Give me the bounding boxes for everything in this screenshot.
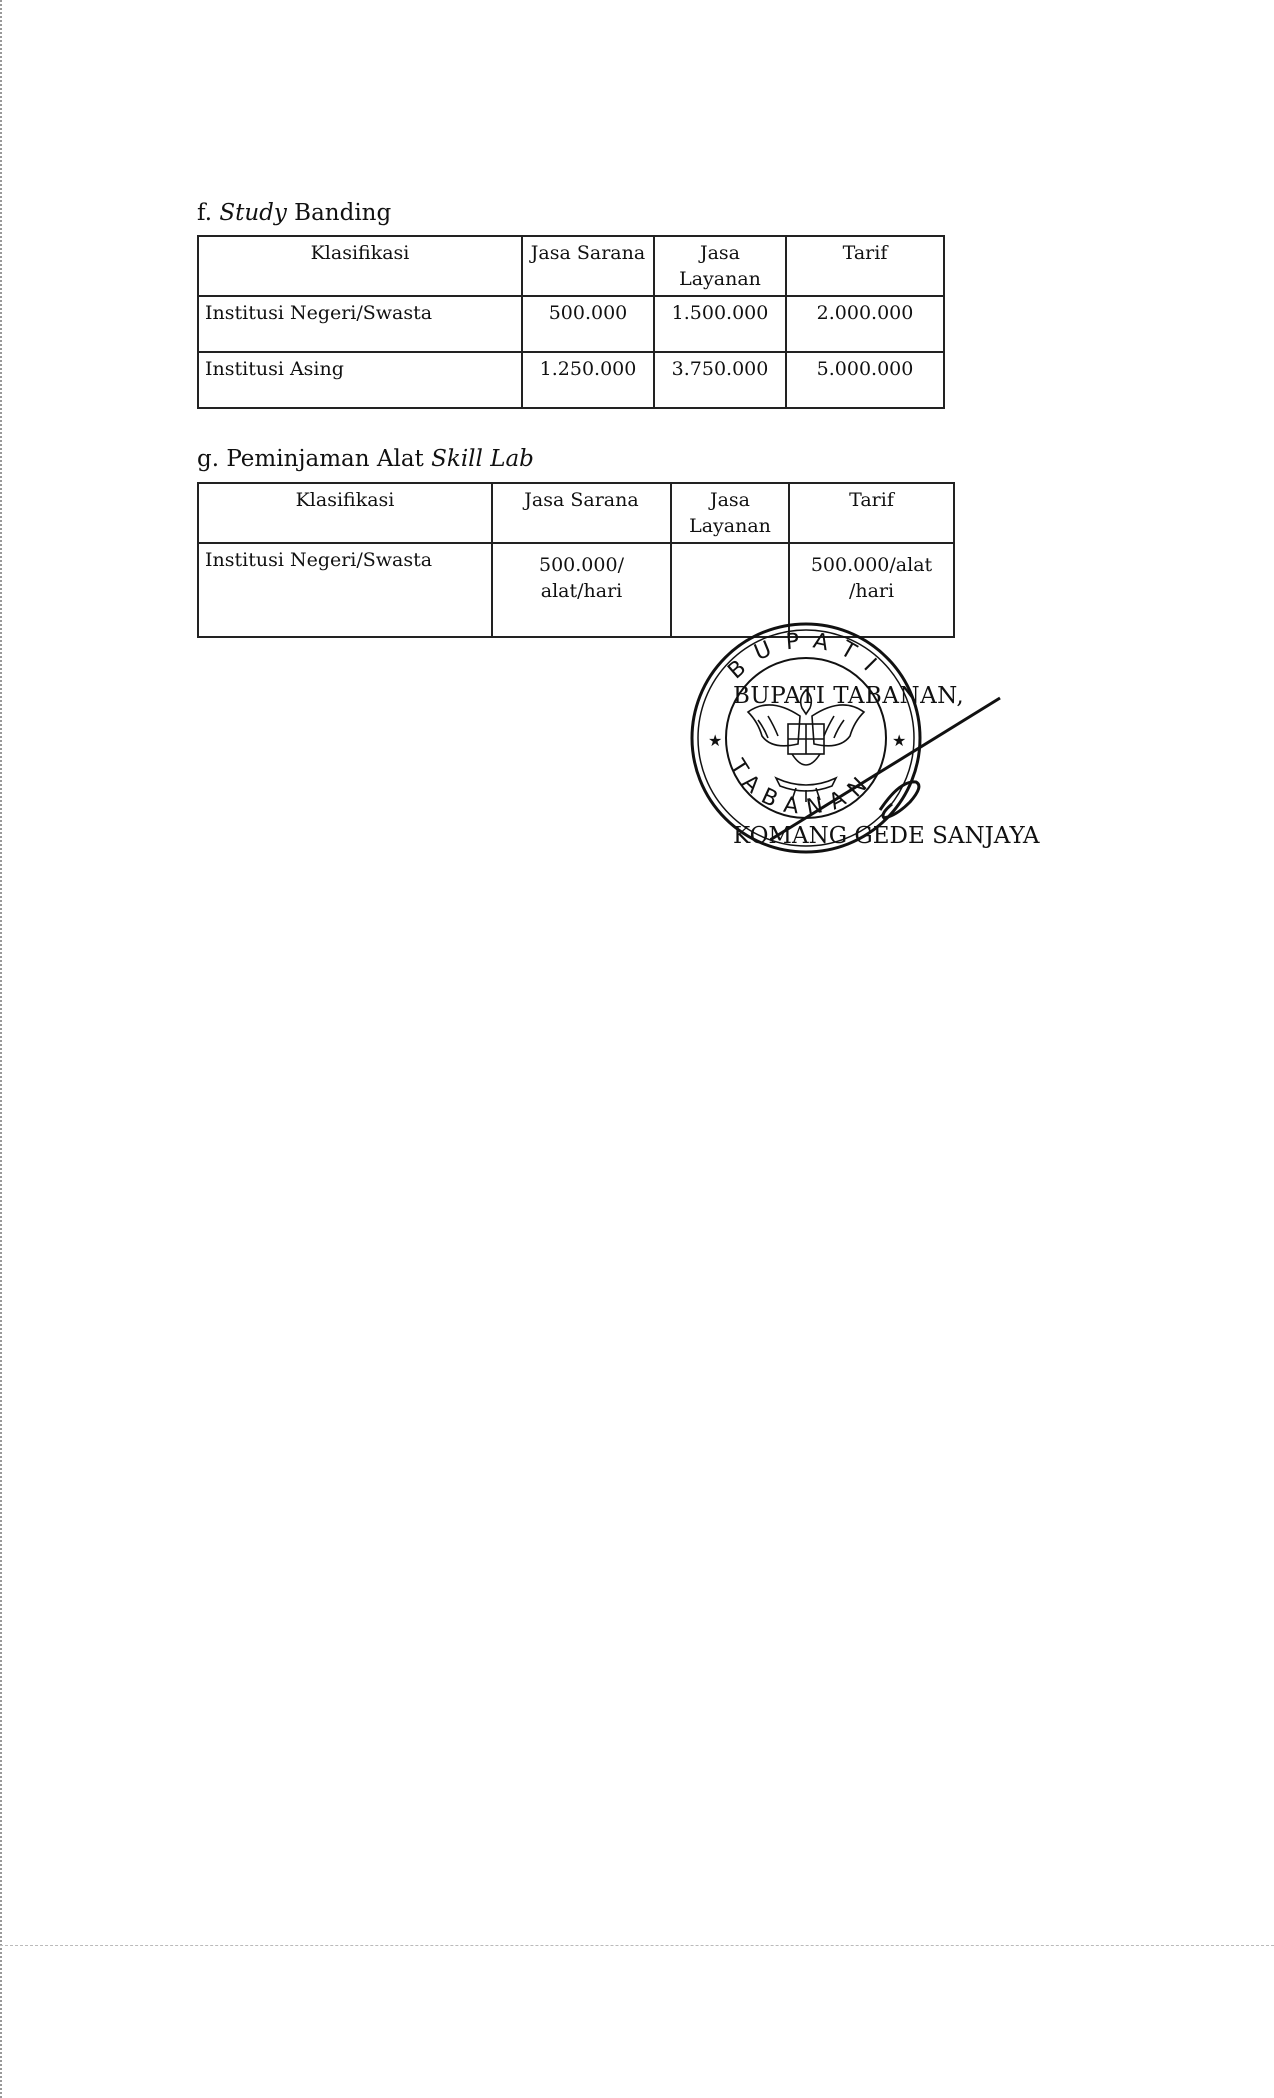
- section-prefix: g.: [197, 446, 219, 472]
- peminjaman-alat-table: Klasifikasi Jasa Sarana Jasa Layanan Tar…: [197, 482, 955, 638]
- column-header-tarif: Tarif: [786, 236, 944, 296]
- table-row: Institusi Asing 1.250.000 3.750.000 5.00…: [198, 352, 944, 408]
- signatory-name: KOMANG GEDE SANJAYA: [733, 823, 1040, 849]
- section-prefix: f.: [197, 200, 212, 226]
- table-row: Institusi Negeri/Swasta 500.000 1.500.00…: [198, 296, 944, 352]
- table-header-row: Klasifikasi Jasa Sarana Jasa Layanan Tar…: [198, 483, 954, 543]
- column-header-klasifikasi: Klasifikasi: [198, 483, 492, 543]
- section-title-study-banding: f. Study Banding: [197, 200, 391, 226]
- section-title-italic: Study: [219, 200, 287, 226]
- section-title-peminjaman-alat: g. Peminjaman Alat Skill Lab: [197, 446, 534, 472]
- column-header-tarif: Tarif: [789, 483, 954, 543]
- column-header-jasa-layanan: Jasa Layanan: [671, 483, 789, 543]
- table-header-row: Klasifikasi Jasa Sarana Jasa Layanan Tar…: [198, 236, 944, 296]
- column-header-jasa-sarana: Jasa Sarana: [522, 236, 654, 296]
- column-header-klasifikasi: Klasifikasi: [198, 236, 522, 296]
- cell-jasa-layanan: 1.500.000: [654, 296, 786, 352]
- cell-jasa-layanan: 3.750.000: [654, 352, 786, 408]
- cell-jasa-sarana: 500.000: [522, 296, 654, 352]
- scan-edge: [0, 0, 5, 2098]
- cell-klasifikasi: Institusi Negeri/Swasta: [198, 296, 522, 352]
- study-banding-table: Klasifikasi Jasa Sarana Jasa Layanan Tar…: [197, 235, 945, 409]
- section-title-plain: Peminjaman Alat: [226, 446, 431, 472]
- column-header-jasa-sarana: Jasa Sarana: [492, 483, 671, 543]
- cell-tarif: 2.000.000: [786, 296, 944, 352]
- scan-divider: [0, 1945, 1274, 1946]
- cell-klasifikasi: Institusi Asing: [198, 352, 522, 408]
- section-title-italic: Skill Lab: [431, 446, 534, 472]
- cell-klasifikasi: Institusi Negeri/Swasta: [198, 543, 492, 637]
- svg-text:★: ★: [708, 731, 722, 750]
- cell-tarif: 5.000.000: [786, 352, 944, 408]
- column-header-jasa-layanan: Jasa Layanan: [654, 236, 786, 296]
- section-title-rest: Banding: [287, 200, 391, 226]
- cell-jasa-sarana: 500.000/ alat/hari: [492, 543, 671, 637]
- cell-jasa-sarana: 1.250.000: [522, 352, 654, 408]
